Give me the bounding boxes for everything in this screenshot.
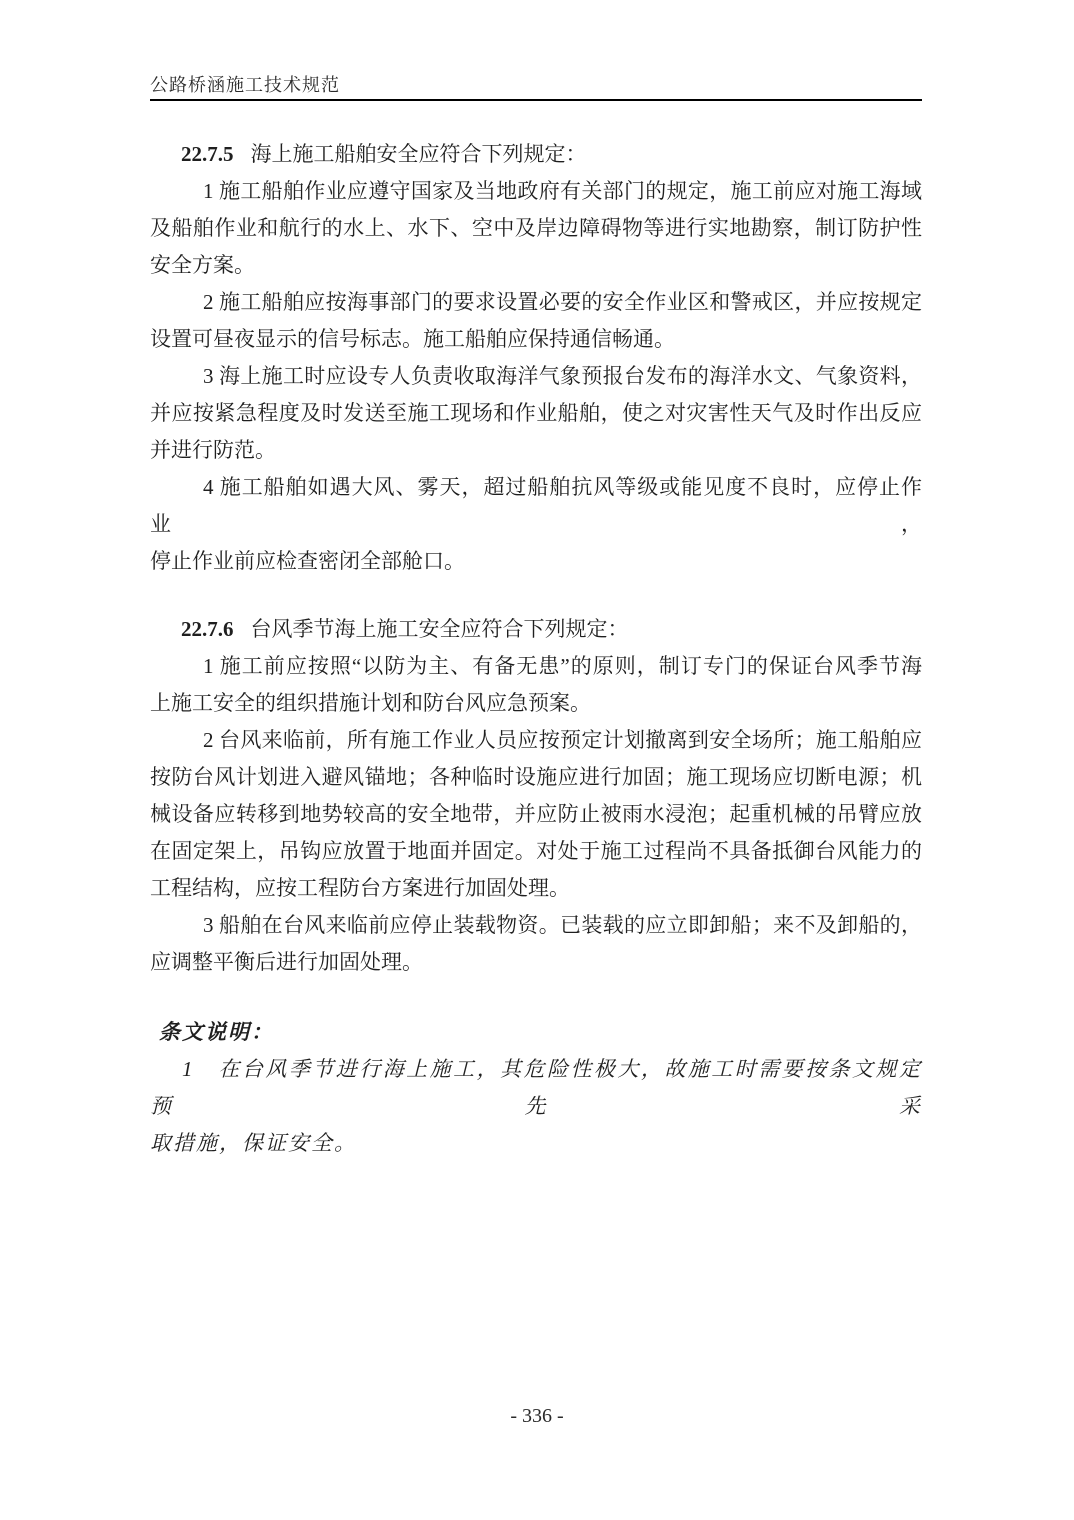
document-page: 公路桥涵施工技术规范 22.7.5海上施工船舶安全应符合下列规定： 1 施工船舶… — [0, 0, 1074, 1520]
paragraph: 1 施工前应按照“以防为主、有备无患”的原则，制订专门的保证台风季节海 上施工安… — [150, 648, 922, 722]
paragraph: 4 施工船舶如遇大风、雾天，超过船舶抗风等级或能见度不良时，应停止作业， 停止作… — [150, 469, 922, 580]
page-content: 22.7.5海上施工船舶安全应符合下列规定： 1 施工船舶作业应遵守国家及当地政… — [150, 136, 922, 1162]
text-line: 及船舶作业和航行的水上、水下、空中及岸边障碍物等进行实地勘察，制订防护性 — [150, 210, 922, 247]
page-header: 公路桥涵施工技术规范 — [150, 0, 922, 101]
commentary-heading: 条文说明： — [150, 1014, 922, 1051]
text-line: 4 施工船舶如遇大风、雾天，超过船舶抗风等级或能见度不良时，应停止作业， — [150, 469, 922, 543]
text-line: 应调整平衡后进行加固处理。 — [150, 944, 922, 981]
text-line: 并进行防范。 — [150, 432, 922, 469]
text-line: 2 台风来临前，所有施工作业人员应按预定计划撤离到安全场所；施工船舶应 — [150, 722, 922, 759]
text-line: 并应按紧急程度及时发送至施工现场和作业船舶，使之对灾害性天气及时作出反应 — [150, 395, 922, 432]
paragraph: 2 台风来临前，所有施工作业人员应按预定计划撤离到安全场所；施工船舶应 按防台风… — [150, 722, 922, 907]
page-number: - 336 - — [510, 1405, 563, 1427]
text-line: 1 施工前应按照“以防为主、有备无患”的原则，制订专门的保证台风季节海 — [150, 648, 922, 685]
text-line: 工程结构，应按工程防台方案进行加固处理。 — [150, 870, 922, 907]
running-header-title: 公路桥涵施工技术规范 — [150, 74, 922, 96]
commentary-paragraph: 1 在台风季节进行海上施工，其危险性极大，故施工时需要按条文规定预先采 取措施，… — [150, 1051, 922, 1162]
commentary-section: 条文说明： 1 在台风季节进行海上施工，其危险性极大，故施工时需要按条文规定预先… — [150, 1014, 922, 1162]
text-line: 停止作业前应检查密闭全部舱口。 — [150, 543, 922, 580]
text-line: 在固定架上，吊钩应放置于地面并固定。对处于施工过程尚不具备抵御台风能力的 — [150, 833, 922, 870]
header-rule — [150, 99, 922, 101]
text-line: 上施工安全的组织措施计划和防台风应急预案。 — [150, 685, 922, 722]
clause-number: 22.7.6 — [181, 617, 234, 641]
clause-heading: 22.7.5海上施工船舶安全应符合下列规定： — [150, 136, 922, 173]
text-line: 按防台风计划进入避风锚地；各种临时设施应进行加固；施工现场应切断电源；机 — [150, 759, 922, 796]
clause-number: 22.7.5 — [181, 142, 234, 166]
paragraph: 3 船舶在台风来临前应停止装载物资。已装载的应立即卸船；来不及卸船的， 应调整平… — [150, 907, 922, 981]
text-line: 2 施工船舶应按海事部门的要求设置必要的安全作业区和警戒区，并应按规定 — [150, 284, 922, 321]
clause-title: 台风季节海上施工安全应符合下列规定： — [251, 617, 629, 641]
clause-heading: 22.7.6台风季节海上施工安全应符合下列规定： — [150, 611, 922, 648]
text-line: 3 船舶在台风来临前应停止装载物资。已装载的应立即卸船；来不及卸船的， — [150, 907, 922, 944]
text-line: 取措施，保证安全。 — [150, 1125, 922, 1162]
page-footer: - 336 - — [0, 1402, 1074, 1430]
text-line: 3 海上施工时应设专人负责收取海洋气象预报台发布的海洋水文、气象资料， — [150, 358, 922, 395]
clause-title: 海上施工船舶安全应符合下列规定： — [251, 142, 587, 166]
clause-22-7-6: 22.7.6台风季节海上施工安全应符合下列规定： 1 施工前应按照“以防为主、有… — [150, 611, 922, 981]
paragraph: 3 海上施工时应设专人负责收取海洋气象预报台发布的海洋水文、气象资料， 并应按紧… — [150, 358, 922, 469]
text-line: 1 施工船舶作业应遵守国家及当地政府有关部门的规定，施工前应对施工海域 — [150, 173, 922, 210]
text-line: 械设备应转移到地势较高的安全地带，并应防止被雨水浸泡；起重机械的吊臂应放 — [150, 796, 922, 833]
paragraph: 2 施工船舶应按海事部门的要求设置必要的安全作业区和警戒区，并应按规定 设置可昼… — [150, 284, 922, 358]
paragraph: 1 施工船舶作业应遵守国家及当地政府有关部门的规定，施工前应对施工海域 及船舶作… — [150, 173, 922, 284]
text-line: 设置可昼夜显示的信号标志。施工船舶应保持通信畅通。 — [150, 321, 922, 358]
text-line: 安全方案。 — [150, 247, 922, 284]
clause-22-7-5: 22.7.5海上施工船舶安全应符合下列规定： 1 施工船舶作业应遵守国家及当地政… — [150, 136, 922, 580]
text-line: 1 在台风季节进行海上施工，其危险性极大，故施工时需要按条文规定预先采 — [150, 1051, 922, 1125]
